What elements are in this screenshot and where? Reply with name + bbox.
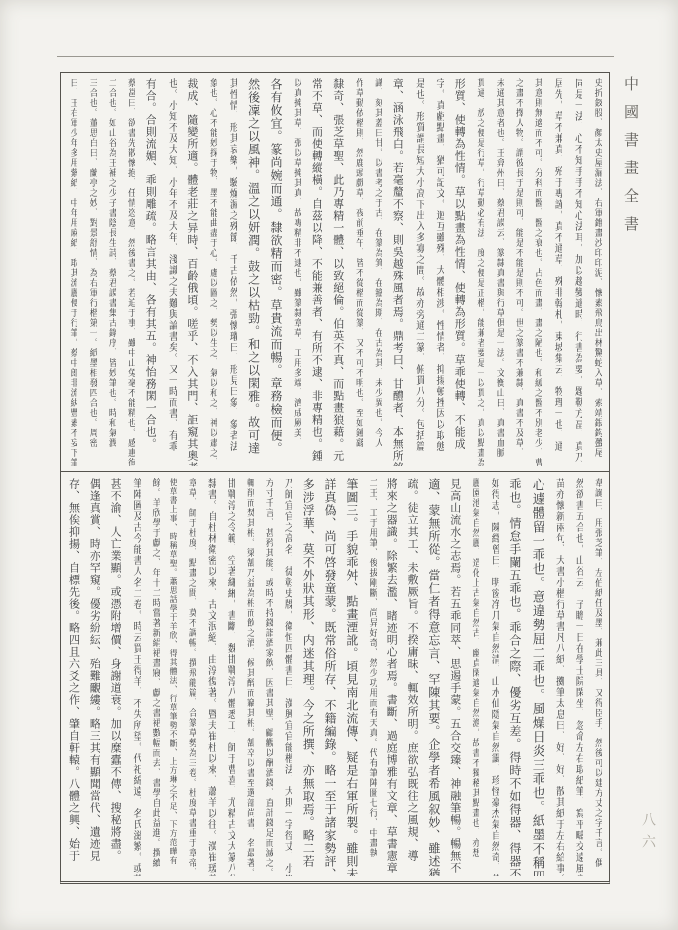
text-column: 是也。形質謂長短大小高下出入多寡之間。故亦旁通二篆、俯貫八分。包括篇 <box>413 78 424 466</box>
text-column: 乖也。情怠手闌五乖也。乖合之際、優劣互差。得時不如得器、得器不 <box>508 478 521 876</box>
text-column: 之畫不擇人物。謂彼長于是則可、能是不能是則不可。世之篆書不兼隸、真書不及草、 <box>513 78 522 466</box>
text-column: 貫通、放之便是行草。行草動必有法、度之便是正楷。能兼者要是一以貫之。真以點畫為 <box>475 78 484 466</box>
text-column: 形質、使轉為性情。草以點畫為性情、使轉為形質。草乖使轉、不能成 <box>454 78 466 466</box>
text-column: 二王、工于用筆、俊拔剛斷、尚异好奇、然少功用而有天真。代有筆陣圖七行、中畫執 <box>367 478 376 876</box>
book-title-vertical: 中國書畫全書 <box>621 76 642 244</box>
text-column: 如得志。陳繹曾曰、明窗净几氣自然清、山水仙隱氣自然靄、珍怪豪杰氣自然奇、佳 <box>489 478 500 876</box>
text-column: 各有攸宜。篆尚婉而通。隸欲精而密。草貴流而暢。章務檢而便。 <box>269 78 282 466</box>
outer-top-rule <box>57 56 614 57</box>
text-column: 苗亦懷新兩句、大書小楷行草書凡八紙、擲筆太息曰、好、好、散其紙于左右給事。 <box>553 478 564 876</box>
text-column: 詳真偽、尚可啓發童蒙。既常俗所存、不籍編錄。略一至于諸家勢評、 <box>323 478 336 876</box>
text-column: 識、刻其蓋曰甘。以書考之于古、在篆為箕、在籀為期、在古為其、未少異也。今人 <box>373 78 382 466</box>
text-column: 常不草、而使轉縱橫。自茲以降、不能兼善者、有所不逮、非專精也。鍾 <box>311 78 323 466</box>
text-column: 二合也。如山谷為王補之少子書陰長生詩、蔡君謨書集古錄序、皆妙筆也。時和氣潤 <box>106 78 115 466</box>
text-column: 多涉浮華、莫不外狀其形、内迷其理。今之所撰、亦無取焉。略二若 <box>302 478 315 876</box>
text-column: 同是一法、心不知手手不知心法耳。加以趨變適時、行書為要。題勒方畐、真乃 <box>572 78 583 466</box>
text-column: 然欲書五合也。山谷云、子瞻一日在學士院閑坐、忽命左右取紙筆、寫平疇交遠風良 <box>573 478 584 876</box>
text-column: 麗園池氣自然麗、造化上古氣自然古、幽貞閑適氣自然澹。故書不獨稽其點畫也、亦想 <box>470 478 479 876</box>
text-column: 也。小知不及大知、小年不及大年、淺識之夫難與論書矣。又一時而書、有乖 <box>166 78 177 466</box>
text-column: 輒削而焚其柎。梁鵠乃益為柎而飲之酒、候其醉而竊其柎。鵠卒以書至選部尚書、名最著。 <box>245 478 254 876</box>
text-column: 方寸千言、甚矜其能。或時不持錢詣酒家飲、因書其壁、顧觀以酬酒錢、直計錢足而滅之。… <box>263 478 272 876</box>
text-column: 其性情、形其哀樂。驗燥濕之殊節、千古依然。張懷瓘曰、形見曰象、象者法 <box>227 78 238 466</box>
text-column: 甚不渝、人亡業顯。或憑附增價、身謝道衰。加以糜蠹不傳、搜秘將盡。 <box>110 478 122 876</box>
text-column: 見高山流水之志焉。若五乖同萃、思遏手蒙。五合交臻、神融筆暢。暢無不 <box>449 478 461 876</box>
text-column: 章草、師于杜度、點畫之間、莫不調暢。撰飛龍篇、合篆草勢為三卷。杜度草書重于章帝、… <box>186 478 195 876</box>
text-column: 適、蒙無所從。當仁者得意忘言、罕陳其要。企學者希風叙妙、雖述猶 <box>427 478 440 876</box>
text-column: 史折釵股、顏太史屋漏法、右軍錐畫沙印印泥、懷素飛鳥出林驚蛇入草、索靖銀鈎蠆尾 <box>592 78 601 466</box>
text-column: 邯鄲淳之令範、空著縑緗。書斷、魏邯鄲淳八體悉工、師于曹喜、尤精古文大篆八分 <box>225 478 236 876</box>
text-column: 疏。徒立其工、未敷厥旨。不揆庸昧、輒效所明。庶欲弘既往之風規、導 <box>407 478 419 876</box>
text-frame: 史折釵股、顏太史屋漏法、右軍錐畫沙印印泥、懷素飛鳥出林驚蛇入草、索靖銀鈎蠆尾同是… <box>60 72 610 884</box>
text-column: 裁成、隨變所適。體老莊之异時、百齡俄頃。嗟乎、不入其門、詎窺其奧者 <box>186 78 198 466</box>
text-column: 存、無俟抑揚、自標先後。略四且六爻之作、肇自軒轅。八體之興、始于 <box>68 478 80 876</box>
text-column: 使草書上事、時稱草聖。蕭思話學于羊欣、得其體法、行草筆勢不斷、上方琳之不足、下方… <box>169 478 177 876</box>
text-column: 蔡邕曰、欲書先散懷抱、任情恣意、然後書之。若迫于事、雖中山兔毫不能精也。感惠徇知 <box>126 78 135 466</box>
text-column: 韋誕曰、用張芝筆、左伯紙任及墨、兼此三具、又得臣手、然後可以建方丈之字千言。偶 <box>593 478 602 876</box>
text-column: 將來之器識。除繁去濫、睹迹明心者焉。書斷、過庭博雅有文章、草書憲章 <box>386 478 398 876</box>
scanned-book-page: { "page": { "margin_title": "中國書畫全書", "p… <box>0 0 678 930</box>
bottom-text-block: 韋誕曰、用張芝筆、左伯紙任及墨、兼此三具、又得臣手、然後可以建方丈之字千言。偶然… <box>61 473 609 881</box>
text-column: 未通其意者也。王弇州曰、蔡君謨云、篆隸真書與行草俱是一法。文衡山曰、真書血脈 <box>494 78 503 466</box>
text-column: 心遽體留一乖也。意違勢屈二乖也。風燥日炎三乖也。紙墨不稱四 <box>530 478 544 876</box>
text-column: 偶逢真賞、時亦罕窺。優劣紛紜、殆難覼縷。略三其有顯聞當代、遺迹見 <box>89 478 101 876</box>
text-column: 筆陣圖及古今能書人名二卷。時云買王得羊、不失所望。代祀綿遠、名氏滋繁。或藉 <box>130 478 141 876</box>
text-column: 餘。羊欣學于獻之、年十二時嘗著新絹裙晝寢、獻之書裙數幅而去、書學自此益進。撰續 <box>150 478 159 876</box>
text-column: 字。真虧點畫、猶可記文。迴互雖殊、大體相涉。性情者、抑揚頓挫因以取態 <box>433 78 444 466</box>
text-column: 隸書。自杜林衛密以來、古文泯絕、由淳復著。暨夫崔杜以來、蕭羊以往。漢崔瑗善 <box>205 478 216 876</box>
text-column: 其意則無適而不可。分科而醫、醫之衰也。占色而畫、畫之陋也。和緩之醫不別老少、曹吳 <box>533 78 542 466</box>
text-column: 章、涵泳飛白。若毫釐不察、則吳越殊風者焉。鼎考曰、甘醴者、本無所銘 <box>392 78 404 466</box>
text-column: 然後凜之以風神。溫之以妍潤。鼓之以枯勁。和之以閑雅。故可達 <box>247 78 260 466</box>
text-column: 居先。草不兼真、殆于專謹。真不通草、殊非翰札。東坡集云、物理一也、通 <box>552 78 563 466</box>
text-column: 象也。心不能妙探于物、墨不能曲盡于心。慮以圖之、勢以生之、氣以和之、神以肅之、合… <box>208 78 217 466</box>
text-column: 三合也。董思白曰、蘭亭之妙、對景舒情、為右軍行楷第一。紙墨相發四合也。周密 <box>87 78 96 466</box>
top-text-block: 史折釵股、顏太史屋漏法、右軍錐畫沙印印泥、懷素飛鳥出林驚蛇入草、索靖銀鈎蠆尾同是… <box>61 73 609 472</box>
text-column: 有合。合則流媚、乖則雕疏。略言其由、各有其五。神怡務閑一合也。 <box>145 78 157 466</box>
text-column: 曰、王右軍少年多用紫紙、中年用麻紙、取其流麗便于行筆。蔡中郎非流紈豐素不妄下筆。 <box>68 78 77 466</box>
text-column: 乃師宜官之高名、徒彰史牒。衛恒四體書曰、漢興宜官能楷法、大則一字徑丈、小則 <box>282 478 293 876</box>
text-column: 筆圖三。手貌乖舛、點畫湮訛。頃見南北流傳、疑是右軍所製。雖則未 <box>345 478 358 876</box>
page-number: 八六 <box>638 812 658 856</box>
text-column: 隸奇、張芝草聖、此乃專精一體、以致絕倫。伯英不真、而點畫狼藉。元 <box>332 78 344 466</box>
text-column: 作草動依楷則、然鹿頭戲草、夜前垂午、皆不從楷而從篆、又不可不明也。至如鍾繇 <box>354 78 363 466</box>
text-column: 以真掩其草、張以草掩其真、故專精非不逮也。雖篆隸章草、工用多端、濟成厥美、 <box>292 78 301 466</box>
